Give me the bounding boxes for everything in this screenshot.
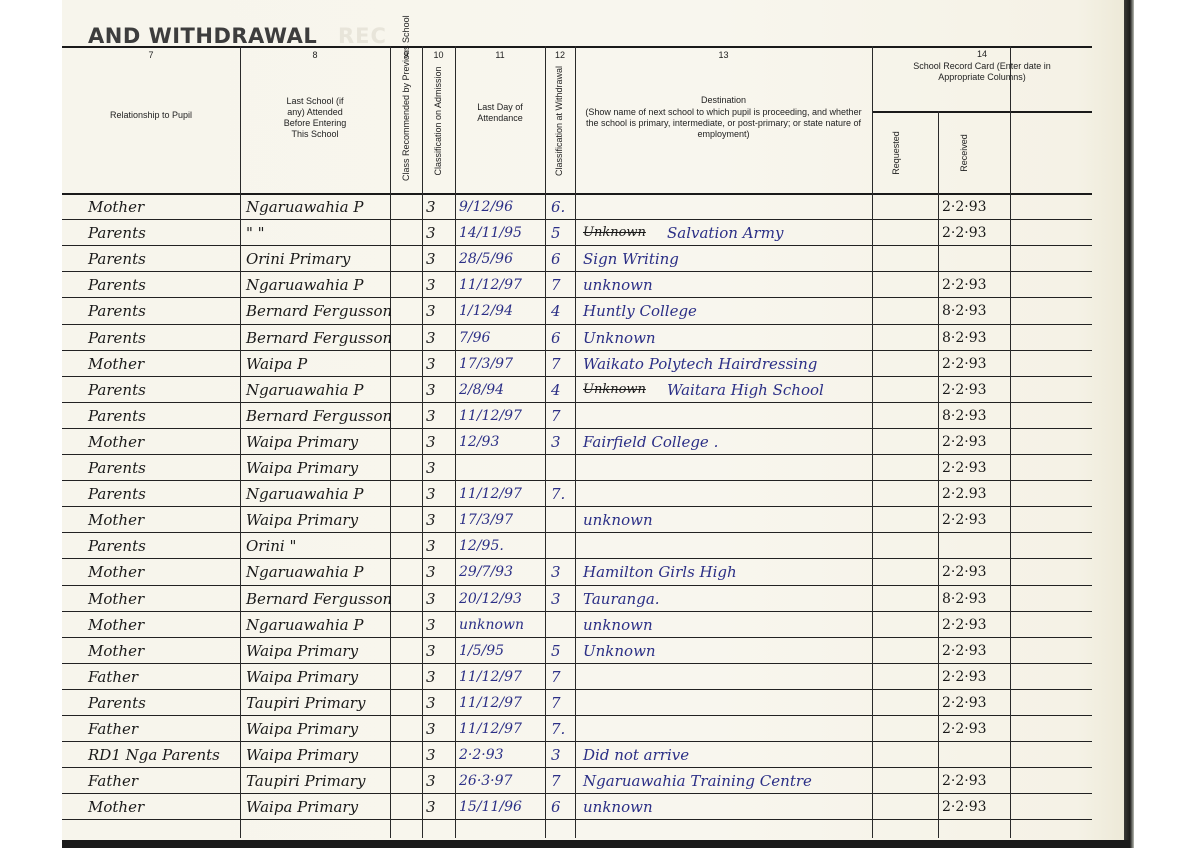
column-rule [390,46,391,838]
page-bottom-edge [62,840,1130,848]
class-admission-cell: 3 [426,272,436,298]
class-withdrawal-cell: 6 [551,325,561,351]
header-received: Received [959,103,969,203]
relationship-cell: Mother [88,612,144,638]
relationship-cell: Parents [88,246,146,272]
column-number: 8 [240,50,390,60]
column-number: 10 [422,50,455,60]
header-relationship: Relationship to Pupil [62,110,240,121]
class-admission-cell: 3 [426,455,436,481]
class-withdrawal-cell: 3 [551,586,561,612]
received-date-cell: 2·2·93 [942,429,987,455]
last-school-cell: Waipa Primary [246,742,358,768]
received-date-cell: 2·2·93 [942,612,987,638]
class-withdrawal-cell: 7 [551,403,561,429]
header-classification-admission: Classification on Admission [433,61,443,181]
class-withdrawal-cell: 4 [551,377,561,403]
relationship-cell: Mother [88,586,144,612]
received-date-cell: 2·2·93 [942,664,987,690]
last-day-cell: 11/12/97 [459,403,522,429]
last-day-cell: 28/5/96 [459,246,513,272]
last-day-cell: 12/95. [459,533,504,559]
class-admission-cell: 3 [426,194,436,220]
last-school-cell: Bernard Fergusson [246,403,392,429]
class-withdrawal-cell: 6 [551,794,561,820]
last-day-cell: 11/12/97 [459,664,522,690]
received-date-cell: 2·2·93 [942,455,987,481]
class-admission-cell: 3 [426,481,436,507]
class-withdrawal-cell: 5 [551,220,561,246]
destination-cell: unknown [583,507,653,533]
relationship-cell: Parents [88,690,146,716]
class-withdrawal-cell: 7 [551,351,561,377]
column-rule [545,46,546,838]
last-school-cell: Bernard Fergusson [246,586,392,612]
last-school-cell: Taupiri Primary [246,690,365,716]
relationship-cell: Mother [88,351,144,377]
received-date-cell: 8·2·93 [942,403,987,429]
last-school-cell: Waipa Primary [246,716,358,742]
page-title: AND WITHDRAWAL [88,24,317,48]
class-withdrawal-cell: 7 [551,272,561,298]
class-admission-cell: 3 [426,690,436,716]
received-date-cell: 2·2·93 [942,638,987,664]
last-school-cell: Waipa Primary [246,638,358,664]
received-date-cell: 2·2·93 [942,220,987,246]
received-date-cell: 2·2·93 [942,507,987,533]
destination-cell: unknown [583,612,653,638]
last-day-cell: 12/93 [459,429,499,455]
last-school-cell: " " [246,220,265,246]
class-admission-cell: 3 [426,612,436,638]
class-withdrawal-cell: 7 [551,690,561,716]
last-day-cell: 7/96 [459,325,490,351]
last-day-cell: 11/12/97 [459,481,522,507]
class-admission-cell: 3 [426,246,436,272]
destination-cell: Unknown [583,325,656,351]
relationship-cell: Mother [88,194,144,220]
last-day-cell: 9/12/96 [459,194,513,220]
last-school-cell: Bernard Fergusson [246,298,392,324]
last-school-cell: Ngaruawahia P [246,194,364,220]
column-rule [1010,46,1011,838]
destination-cell: Hamilton Girls High [583,559,737,585]
class-withdrawal-cell: 7. [551,716,565,742]
destination-cell: Fairfield College . [583,429,718,455]
received-date-cell: 2·2.93 [942,481,987,507]
class-admission-cell: 3 [426,429,436,455]
relationship-cell: Parents [88,403,146,429]
last-school-cell: Waipa Primary [246,664,358,690]
class-admission-cell: 3 [426,533,436,559]
last-school-cell: Taupiri Primary [246,768,365,794]
received-date-cell: 8·2·93 [942,298,987,324]
page-binding-edge [1124,0,1134,848]
class-admission-cell: 3 [426,507,436,533]
relationship-cell: Mother [88,429,144,455]
destination-cell: unknown [583,272,653,298]
last-day-cell: 15/11/96 [459,794,522,820]
last-day-cell: 11/12/97 [459,690,522,716]
column-rule [240,46,241,838]
column-number: 13 [575,50,872,60]
destination-cell: Waikato Polytech Hairdressing [583,351,817,377]
relationship-cell: Parents [88,272,146,298]
column-rule [422,46,423,838]
last-school-cell: Waipa Primary [246,455,358,481]
last-school-cell: Waipa Primary [246,507,358,533]
received-date-cell: 2·2·93 [942,194,987,220]
class-admission-cell: 3 [426,586,436,612]
relationship-cell: Parents [88,377,146,403]
column-rule [872,46,873,838]
last-day-cell: unknown [459,612,524,638]
received-date-cell: 2·2·93 [942,272,987,298]
last-school-cell: Ngaruawahia P [246,612,364,638]
received-date-cell: 2·2·93 [942,768,987,794]
relationship-cell: Father [88,768,138,794]
last-day-cell: 2/8/94 [459,377,504,403]
class-admission-cell: 3 [426,377,436,403]
received-date-cell: 2·2·93 [942,559,987,585]
header-top-rule [62,46,1092,48]
class-withdrawal-cell: 3 [551,559,561,585]
class-admission-cell: 3 [426,716,436,742]
header-last-school: Last School (if any) Attended Before Ent… [280,96,350,140]
last-school-cell: Ngaruawahia P [246,377,364,403]
class-admission-cell: 3 [426,559,436,585]
relationship-cell: Parents [88,481,146,507]
last-day-cell: 2·2·93 [459,742,504,768]
received-date-cell: 2·2·93 [942,794,987,820]
last-day-cell: 17/3/97 [459,351,513,377]
destination-cell: unknown [583,794,653,820]
received-date-cell: 2·2·93 [942,716,987,742]
received-date-cell: 2·2·93 [942,690,987,716]
class-withdrawal-cell: 6. [551,194,565,220]
record-card-subheader-rule [872,111,1092,113]
last-school-cell: Ngaruawahia P [246,481,364,507]
last-day-cell: 14/11/95 [459,220,522,246]
relationship-cell: Parents [88,325,146,351]
class-admission-cell: 3 [426,664,436,690]
class-withdrawal-cell: 4 [551,298,561,324]
column-number: 12 [545,50,575,60]
last-day-cell: 1/12/94 [459,298,513,324]
last-school-cell: Bernard Fergusson [246,325,392,351]
received-date-cell: 2·2·93 [942,377,987,403]
class-admission-cell: 3 [426,220,436,246]
relationship-cell: Father [88,716,138,742]
last-school-cell: Waipa P [246,351,307,377]
relationship-cell: Mother [88,507,144,533]
relationship-cell: Mother [88,638,144,664]
class-admission-cell: 3 [426,794,436,820]
class-admission-cell: 3 [426,351,436,377]
header-record-card: School Record Card (Enter date in Approp… [912,61,1052,83]
class-admission-cell: 3 [426,403,436,429]
class-withdrawal-cell: 7. [551,481,565,507]
class-withdrawal-cell: 3 [551,742,561,768]
destination-cell: Unknown [583,638,656,664]
header-destination-title: Destination [575,95,872,106]
relationship-cell: Mother [88,794,144,820]
last-school-cell: Ngaruawahia P [246,559,364,585]
last-school-cell: Waipa Primary [246,794,358,820]
class-admission-cell: 3 [426,325,436,351]
relationship-cell: Father [88,664,138,690]
destination-cell: Sign Writing [583,246,679,272]
destination-struck-text: Unknown [583,377,646,403]
class-admission-cell: 3 [426,298,436,324]
class-withdrawal-cell: 7 [551,664,561,690]
class-withdrawal-cell: 6 [551,246,561,272]
header-last-day: Last Day of Attendance [475,102,525,124]
destination-cell: Salvation Army [667,220,783,246]
destination-struck-text: Unknown [583,220,646,246]
header-requested: Requested [891,103,901,203]
class-admission-cell: 3 [426,742,436,768]
relationship-cell: Parents [88,298,146,324]
column-number: 14 [872,49,1092,59]
column-number: 11 [455,50,545,60]
destination-cell: Waitara High School [667,377,824,403]
relationship-cell: Mother [88,559,144,585]
class-admission-cell: 3 [426,768,436,794]
last-day-cell: 20/12/93 [459,586,522,612]
bleed-through-title: REC [338,24,387,48]
destination-cell: Did not arrive [583,742,689,768]
last-school-cell: Waipa Primary [246,429,358,455]
last-day-cell: 17/3/97 [459,507,513,533]
last-school-cell: Ngaruawahia P [246,272,364,298]
last-school-cell: Orini Primary [246,246,350,272]
last-school-cell: Orini " [246,533,296,559]
last-day-cell: 11/12/97 [459,716,522,742]
relationship-cell: Parents [88,533,146,559]
column-rule [575,46,576,838]
destination-cell: Ngaruawahia Training Centre [583,768,812,794]
last-day-cell: 11/12/97 [459,272,522,298]
last-day-cell: 26·3·97 [459,768,512,794]
column-rule [938,111,939,838]
last-day-cell: 29/7/93 [459,559,513,585]
received-date-cell: 8·2·93 [942,325,987,351]
relationship-cell: Parents [88,455,146,481]
class-admission-cell: 3 [426,638,436,664]
last-day-cell: 1/5/95 [459,638,504,664]
received-date-cell: 8·2·93 [942,586,987,612]
received-date-cell: 2·2·93 [942,351,987,377]
header-destination-note: (Show name of next school to which pupil… [581,107,866,140]
class-withdrawal-cell: 7 [551,768,561,794]
column-number: 7 [62,50,240,60]
destination-cell: Huntly College [583,298,697,324]
column-rule [455,46,456,838]
header-class-recommended: Class Recommended by Previous School [401,61,411,181]
relationship-cell: RD1 Nga Parents [88,742,220,768]
relationship-cell: Parents [88,220,146,246]
class-withdrawal-cell: 3 [551,429,561,455]
class-withdrawal-cell: 5 [551,638,561,664]
header-classification-withdrawal: Classification at Withdrawal [554,61,564,181]
destination-cell: Tauranga. [583,586,660,612]
